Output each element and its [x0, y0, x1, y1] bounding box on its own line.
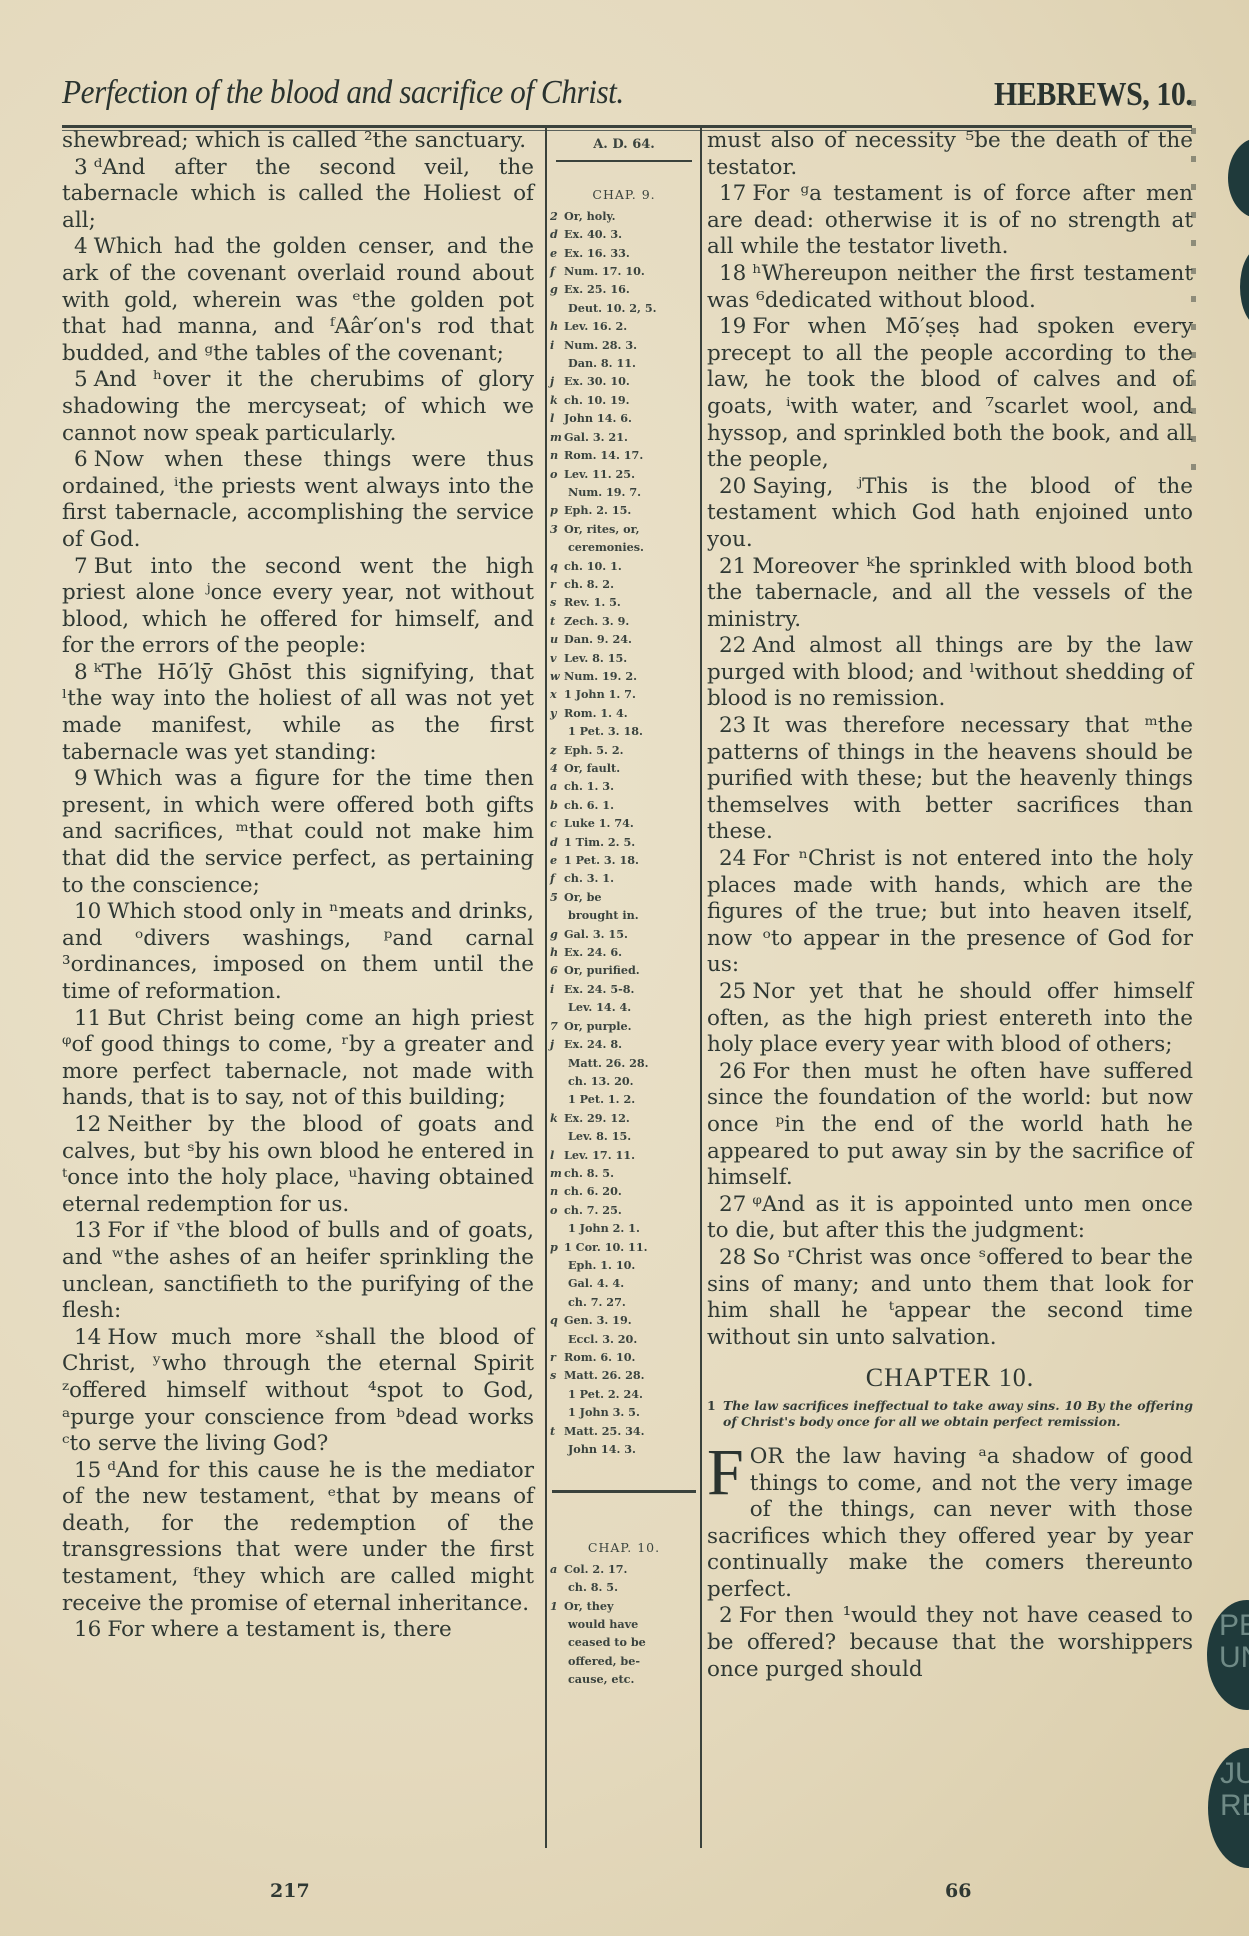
reference-text: Or, holy. — [564, 207, 698, 225]
reference-key: p — [550, 1238, 564, 1312]
cross-reference: iNum. 28. 3.Dan. 8. 11. — [550, 336, 698, 373]
date-rule — [556, 160, 692, 162]
verse-text: must also of necessity ⁵be the death of … — [707, 128, 1193, 180]
chapter-summary-number: 1 — [707, 1398, 723, 1414]
cross-reference: kch. 10. 19. — [550, 391, 698, 409]
verse: 18ʰWhereupon neither the first testament… — [707, 261, 1193, 314]
cross-reference: lLev. 17. 11. — [550, 1146, 698, 1164]
cross-reference: yRom. 1. 4.1 Pet. 3. 18. — [550, 704, 698, 741]
verse: 12Neither by the blood of goats and calv… — [62, 1112, 534, 1218]
reference-text: 1 Pet. 3. 18. — [564, 851, 698, 869]
reference-text: Lev. 17. 11. — [564, 1146, 698, 1164]
verse: 10Which stood only in ⁿmeats and drinks,… — [62, 899, 534, 1005]
reference-text: John 14. 6. — [564, 409, 698, 427]
verse: 17For ᵍa testament is of force after men… — [707, 181, 1193, 261]
reference-text: Ex. 16. 33. — [564, 244, 698, 262]
reference-text: Num. 28. 3.Dan. 8. 11. — [564, 336, 698, 373]
verse: 23It was therefore necessary that ᵐthe p… — [707, 713, 1193, 846]
verse-number: 22 — [719, 633, 746, 658]
reference-key: t — [550, 1422, 564, 1459]
running-head: Perfection of the blood and sacrifice of… — [62, 72, 1192, 118]
verse-text: So ʳChrist was once ˢoffered to bear the… — [707, 1245, 1193, 1350]
reference-text: Rev. 1. 5. — [564, 593, 698, 611]
cross-reference: gGal. 3. 15. — [550, 925, 698, 943]
reference-key: 3 — [550, 520, 564, 557]
cross-reference: gEx. 25. 16.Deut. 10. 2, 5. — [550, 280, 698, 317]
cross-reference: 2Or, holy. — [550, 207, 698, 225]
reference-text: Rom. 6. 10. — [564, 1348, 698, 1366]
verse-text: Which stood only in ⁿmeats and drinks, a… — [62, 899, 534, 1004]
verse-text: OR the law having ᵃa shadow of good thin… — [707, 1444, 1193, 1602]
reference-key: 4 — [550, 759, 564, 777]
center-reference-column: A. D. 64. CHAP. 9. 2Or, holy.dEx. 40. 3.… — [550, 136, 698, 1689]
cross-reference: jEx. 24. 8.Matt. 26. 28.ch. 13. 20.1 Pet… — [550, 1035, 698, 1109]
reference-text: Ex. 25. 16.Deut. 10. 2, 5. — [564, 280, 698, 317]
chapter-10-verses: FOR the law having ᵃa shadow of good thi… — [707, 1444, 1193, 1683]
reference-key: 7 — [550, 1017, 564, 1035]
cross-reference: bch. 6. 1. — [550, 796, 698, 814]
date-label: A. D. 64. — [550, 136, 698, 154]
verse-number: 25 — [719, 979, 746, 1004]
verse-number: 13 — [74, 1218, 101, 1243]
thumb-index-tab[interactable] — [1240, 248, 1249, 326]
verse: 16For where a testament is, there — [62, 1617, 534, 1644]
verse-text: Which had the golden censer, and the ark… — [62, 234, 534, 365]
thumb-tab-label: JU RE — [1208, 1748, 1249, 1822]
cross-reference: ach. 1. 3. — [550, 777, 698, 795]
reference-text: Num. 17. 10. — [564, 262, 698, 280]
reference-key: i — [550, 336, 564, 373]
reference-key: b — [550, 796, 564, 814]
reference-key: m — [550, 1164, 564, 1182]
cross-reference: oLev. 11. 25.Num. 19. 7. — [550, 465, 698, 502]
verse: 20Saying, ʲThis is the blood of the test… — [707, 474, 1193, 554]
verse-text: For ⁿChrist is not entered into the holy… — [707, 846, 1193, 977]
cross-reference: och. 7. 25.1 John 2. 1. — [550, 1201, 698, 1238]
verse-text: For then must he often have suffered sin… — [707, 1059, 1193, 1190]
verse-number: 15 — [74, 1458, 101, 1483]
reference-text: Or, fault. — [564, 759, 698, 777]
reference-key: k — [550, 391, 564, 409]
cross-reference: nch. 6. 20. — [550, 1182, 698, 1200]
reference-key: d — [550, 833, 564, 851]
verse-text: For when Mō′ṣeṣ had spoken every precept… — [707, 314, 1193, 472]
cross-reference: zEph. 5. 2. — [550, 741, 698, 759]
reference-text: Gen. 3. 19.Eccl. 3. 20. — [564, 1311, 698, 1348]
verse: 7But into the second went the high pries… — [62, 554, 534, 660]
reference-text: Lev. 8. 15. — [564, 649, 698, 667]
thumb-index-tab[interactable]: PE UN — [1207, 1600, 1249, 1710]
reference-text: ch. 10. 1. — [564, 557, 698, 575]
verse-number: 23 — [719, 713, 746, 738]
reference-key: q — [550, 1311, 564, 1348]
verse-text: Saying, ʲThis is the blood of the testam… — [707, 474, 1193, 552]
reference-text: Ex. 24. 5-8.Lev. 14. 4. — [564, 980, 698, 1017]
verse: 19For when Mō′ṣeṣ had spoken every prece… — [707, 314, 1193, 474]
reference-key: k — [550, 1109, 564, 1146]
reference-text: Rom. 1. 4.1 Pet. 3. 18. — [564, 704, 698, 741]
running-head-book-chapter: HEBREWS, 10. — [994, 76, 1192, 114]
verse-number: 16 — [74, 1617, 101, 1642]
page-number-left: 217 — [270, 1880, 310, 1902]
thumb-tab-label: PE UN — [1207, 1600, 1249, 1674]
reference-text: Matt. 25. 34.John 14. 3. — [564, 1422, 698, 1459]
reference-text: Matt. 26. 28.1 Pet. 2. 24.1 John 3. 5. — [564, 1366, 698, 1421]
reference-key: d — [550, 225, 564, 243]
reference-text: ch. 10. 19. — [564, 391, 698, 409]
verse-text: And almost all things are by the law pur… — [707, 633, 1193, 711]
verse-number: 4 — [74, 234, 88, 259]
chapter-summary: 1The law sacrifices ineffectual to take … — [707, 1398, 1193, 1430]
verse-number: 17 — [719, 181, 746, 206]
reference-text: Eph. 2. 15. — [564, 501, 698, 519]
reference-text: Ex. 29. 12.Lev. 8. 15. — [564, 1109, 698, 1146]
chapter-summary-text: The law sacrifices ineffectual to take a… — [723, 1398, 1193, 1429]
right-text-column: must also of necessity ⁵be the death of … — [707, 128, 1193, 1683]
reference-text: Ex. 24. 8.Matt. 26. 28.ch. 13. 20.1 Pet.… — [564, 1035, 698, 1109]
reference-text: 1 John 1. 7. — [564, 685, 698, 703]
verse-number: 19 — [719, 314, 746, 339]
reference-text: Or, purple. — [564, 1017, 698, 1035]
cross-reference: rch. 8. 2. — [550, 575, 698, 593]
cross-reference: 6Or, purified. — [550, 961, 698, 979]
verse-text: Moreover ᵏhe sprinkled with blood both t… — [707, 554, 1193, 632]
reference-key: c — [550, 814, 564, 832]
reference-key: f — [550, 869, 564, 887]
cross-reference: fch. 3. 1. — [550, 869, 698, 887]
verse-number: 2 — [719, 1603, 733, 1628]
reference-key: 6 — [550, 961, 564, 979]
verse-text: But Christ being come an high priest ᵠof… — [62, 1006, 534, 1111]
cross-reference: 4Or, fault. — [550, 759, 698, 777]
reference-key: 5 — [550, 888, 564, 925]
cross-reference: rRom. 6. 10. — [550, 1348, 698, 1366]
chapter-heading: CHAPTER 10. — [707, 1365, 1193, 1392]
cross-reference: eEx. 16. 33. — [550, 244, 698, 262]
reference-text: Zech. 3. 9. — [564, 612, 698, 630]
reference-text: 1 Cor. 10. 11.Eph. 1. 10.Gal. 4. 4.ch. 7… — [564, 1238, 698, 1312]
verse: 28So ʳChrist was once ˢoffered to bear t… — [707, 1245, 1193, 1351]
reference-key: y — [550, 704, 564, 741]
reference-key: h — [550, 943, 564, 961]
reference-key: 1 — [550, 1597, 564, 1689]
cross-reference: dEx. 40. 3. — [550, 225, 698, 243]
cross-reference: hLev. 16. 2. — [550, 317, 698, 335]
cross-reference: nRom. 14. 17. — [550, 446, 698, 464]
reference-text: Lev. 16. 2. — [564, 317, 698, 335]
cross-reference: mch. 8. 5. — [550, 1164, 698, 1182]
reference-text: Lev. 11. 25.Num. 19. 7. — [564, 465, 698, 502]
reference-text: Eph. 5. 2. — [564, 741, 698, 759]
verse: FOR the law having ᵃa shadow of good thi… — [707, 1444, 1193, 1604]
reference-key: x — [550, 685, 564, 703]
cross-reference: tMatt. 25. 34.John 14. 3. — [550, 1422, 698, 1459]
verse-number: 26 — [719, 1059, 746, 1084]
cross-reference: lJohn 14. 6. — [550, 409, 698, 427]
left-text-column: shewbread; which is called ²the sanctuar… — [62, 128, 534, 1644]
verse-number: 18 — [719, 261, 746, 286]
reference-key: m — [550, 428, 564, 446]
reference-key: g — [550, 280, 564, 317]
cross-reference: x1 John 1. 7. — [550, 685, 698, 703]
verse-text: And ʰover it the cherubims of glory shad… — [62, 367, 534, 445]
reference-key: r — [550, 575, 564, 593]
running-head-title: Perfection of the blood and sacrifice of… — [62, 74, 624, 112]
cross-reference: 5Or, bebrought in. — [550, 888, 698, 925]
reference-text: Rom. 14. 17. — [564, 446, 698, 464]
reference-key: w — [550, 667, 564, 685]
verse-text: ʰWhereupon neither the first testament w… — [707, 261, 1193, 313]
verse-number: 27 — [719, 1192, 746, 1217]
reference-key: l — [550, 409, 564, 427]
verse: 3ᵈAnd after the second veil, the taberna… — [62, 155, 534, 235]
reference-key: j — [550, 1035, 564, 1109]
verse: 2For then ¹would they not have ceased to… — [707, 1603, 1193, 1683]
verse: 26For then must he often have suffered s… — [707, 1059, 1193, 1192]
cross-reference: tZech. 3. 9. — [550, 612, 698, 630]
cross-reference: sMatt. 26. 28.1 Pet. 2. 24.1 John 3. 5. — [550, 1366, 698, 1421]
reference-text: 1 Tim. 2. 5. — [564, 833, 698, 851]
cross-reference: kEx. 29. 12.Lev. 8. 15. — [550, 1109, 698, 1146]
book-page: Perfection of the blood and sacrifice of… — [0, 0, 1249, 1936]
chapter-10-label: CHAP. 10. — [550, 1539, 698, 1557]
reference-text: Or, rites, or,ceremonies. — [564, 520, 698, 557]
reference-key: o — [550, 465, 564, 502]
verse-text: For where a testament is, there — [107, 1617, 451, 1642]
verse: 24For ⁿChrist is not entered into the ho… — [707, 846, 1193, 979]
cross-reference: vLev. 8. 15. — [550, 649, 698, 667]
cross-reference: e1 Pet. 3. 18. — [550, 851, 698, 869]
verse-number: 7 — [74, 554, 88, 579]
cross-reference: qch. 10. 1. — [550, 557, 698, 575]
verse-number: 11 — [74, 1006, 101, 1031]
cross-reference: cLuke 1. 74. — [550, 814, 698, 832]
cross-reference: 1Or, theywould haveceased to beoffered, … — [550, 1597, 698, 1689]
verse: 14How much more ˣshall the blood of Chri… — [62, 1325, 534, 1458]
cross-reference: jEx. 30. 10. — [550, 372, 698, 390]
verse-text: Now when these things were thus ordained… — [62, 447, 534, 552]
thumb-index-tab[interactable] — [1228, 138, 1249, 218]
reference-key: r — [550, 1348, 564, 1366]
verse-text: For then ¹would they not have ceased to … — [707, 1603, 1193, 1681]
verse-number: 20 — [719, 474, 746, 499]
reference-key: j — [550, 372, 564, 390]
cross-reference: fNum. 17. 10. — [550, 262, 698, 280]
reference-text: Gal. 3. 21. — [564, 428, 698, 446]
verse-text: How much more ˣshall the blood of Christ… — [62, 1325, 534, 1456]
reference-key: a — [550, 777, 564, 795]
reference-key: u — [550, 630, 564, 648]
verse-number: 24 — [719, 846, 746, 871]
column-divider-left — [545, 128, 547, 1848]
drop-cap: F — [707, 1446, 744, 1500]
cross-reference: d1 Tim. 2. 5. — [550, 833, 698, 851]
verse-number: 9 — [74, 766, 88, 791]
verse-text: Neither by the blood of goats and calves… — [62, 1112, 534, 1217]
reference-text: Num. 19. 2. — [564, 667, 698, 685]
reference-key: e — [550, 244, 564, 262]
cross-reference: sRev. 1. 5. — [550, 593, 698, 611]
cross-reference: mGal. 3. 21. — [550, 428, 698, 446]
reference-text: Or, purified. — [564, 961, 698, 979]
verse: 8ᵏThe Hō′lȳ Ghōst this signifying, that … — [62, 660, 534, 766]
reference-key: a — [550, 1560, 564, 1597]
verse: 5And ʰover it the cherubims of glory sha… — [62, 367, 534, 447]
reference-text: Dan. 9. 24. — [564, 630, 698, 648]
verse: 27ᵠAnd as it is appointed unto men once … — [707, 1192, 1193, 1245]
verse-text: For if ᵛthe blood of bulls and of goats,… — [62, 1218, 534, 1323]
verse-text: ᵏThe Hō′lȳ Ghōst this signifying, that ˡ… — [62, 660, 534, 765]
reference-text: Ex. 40. 3. — [564, 225, 698, 243]
verse: 4Which had the golden censer, and the ar… — [62, 234, 534, 367]
cross-reference: 3Or, rites, or,ceremonies. — [550, 520, 698, 557]
reference-text: Or, bebrought in. — [564, 888, 698, 925]
chapter-9-verses-continued: must also of necessity ⁵be the death of … — [707, 128, 1193, 1351]
verse-number: 6 — [74, 447, 88, 472]
reference-key: f — [550, 262, 564, 280]
verse-text: It was therefore necessary that ᵐthe pat… — [707, 713, 1193, 844]
cross-reference: uDan. 9. 24. — [550, 630, 698, 648]
reference-text: ch. 6. 1. — [564, 796, 698, 814]
reference-text: Luke 1. 74. — [564, 814, 698, 832]
page-number-right: 66 — [945, 1880, 971, 1902]
reference-text: Or, theywould haveceased to beoffered, b… — [564, 1597, 698, 1689]
reference-key: n — [550, 1182, 564, 1200]
verse-text: shewbread; which is called ²the sanctuar… — [62, 128, 526, 153]
reference-text: ch. 6. 20. — [564, 1182, 698, 1200]
verse: 13For if ᵛthe blood of bulls and of goat… — [62, 1218, 534, 1324]
reference-key: n — [550, 446, 564, 464]
reference-key: i — [550, 980, 564, 1017]
verse-number: 12 — [74, 1112, 101, 1137]
verse-number: 5 — [74, 367, 88, 392]
verse-text: Nor yet that he should offer himself oft… — [707, 979, 1193, 1057]
verse: 11But Christ being come an high priest ᵠ… — [62, 1006, 534, 1112]
reference-text: ch. 1. 3. — [564, 777, 698, 795]
reference-key: v — [550, 649, 564, 667]
verse: 6Now when these things were thus ordaine… — [62, 447, 534, 553]
reference-key: h — [550, 317, 564, 335]
thumb-index-tab[interactable]: JU RE — [1208, 1748, 1249, 1868]
reference-key: 2 — [550, 207, 564, 225]
verse-text: Which was a figure for the time then pre… — [62, 766, 534, 897]
reference-key: e — [550, 851, 564, 869]
verse: 9Which was a figure for the time then pr… — [62, 766, 534, 899]
chapter-10-references: aCol. 2. 17.ch. 8. 5.1Or, theywould have… — [550, 1560, 698, 1689]
verse: must also of necessity ⁵be the death of … — [707, 128, 1193, 181]
cross-reference: aCol. 2. 17.ch. 8. 5. — [550, 1560, 698, 1597]
reference-text: ch. 8. 5. — [564, 1164, 698, 1182]
reference-text: Ex. 30. 10. — [564, 372, 698, 390]
verse: 15ᵈAnd for this cause he is the mediator… — [62, 1458, 534, 1618]
verse-text: ᵈAnd after the second veil, the tabernac… — [62, 155, 534, 233]
verse: 25Nor yet that he should offer himself o… — [707, 979, 1193, 1059]
reference-text: ch. 8. 2. — [564, 575, 698, 593]
reference-key: s — [550, 1366, 564, 1421]
verse: 22And almost all things are by the law p… — [707, 633, 1193, 713]
verse-number: 10 — [74, 899, 101, 924]
chapter-9-references: 2Or, holy.dEx. 40. 3.eEx. 16. 33.fNum. 1… — [550, 207, 698, 1459]
verse-text: But into the second went the high priest… — [62, 554, 534, 659]
cross-reference: wNum. 19. 2. — [550, 667, 698, 685]
reference-separator — [552, 1490, 696, 1493]
reference-text: Ex. 24. 6. — [564, 943, 698, 961]
verse-text: ᵠAnd as it is appointed unto men once to… — [707, 1192, 1193, 1244]
cross-reference: pEph. 2. 15. — [550, 501, 698, 519]
reference-key: t — [550, 612, 564, 630]
cross-reference: iEx. 24. 5-8.Lev. 14. 4. — [550, 980, 698, 1017]
reference-key: g — [550, 925, 564, 943]
verse-number: 21 — [719, 554, 746, 579]
verse-number: 8 — [74, 660, 88, 685]
reference-key: q — [550, 557, 564, 575]
verse: 21Moreover ᵏhe sprinkled with blood both… — [707, 554, 1193, 634]
chapter-9-label: CHAP. 9. — [550, 186, 698, 204]
cross-reference: hEx. 24. 6. — [550, 943, 698, 961]
verse-number: 14 — [74, 1325, 101, 1350]
reference-text: ch. 7. 25.1 John 2. 1. — [564, 1201, 698, 1238]
cross-reference: qGen. 3. 19.Eccl. 3. 20. — [550, 1311, 698, 1348]
verse: shewbread; which is called ²the sanctuar… — [62, 128, 534, 155]
verse-text: ᵈAnd for this cause he is the mediator o… — [62, 1458, 534, 1616]
column-divider-right — [700, 128, 702, 1848]
reference-key: p — [550, 501, 564, 519]
reference-text: ch. 3. 1. — [564, 869, 698, 887]
cross-reference: p1 Cor. 10. 11.Eph. 1. 10.Gal. 4. 4.ch. … — [550, 1238, 698, 1312]
verse-number: 28 — [719, 1245, 746, 1270]
reference-text: Gal. 3. 15. — [564, 925, 698, 943]
reference-key: o — [550, 1201, 564, 1238]
reference-key: s — [550, 593, 564, 611]
reference-key: z — [550, 741, 564, 759]
verse-number: 3 — [74, 155, 88, 180]
reference-key: l — [550, 1146, 564, 1164]
cross-reference: 7Or, purple. — [550, 1017, 698, 1035]
verse-text: For ᵍa testament is of force after men a… — [707, 181, 1193, 259]
reference-text: Col. 2. 17.ch. 8. 5. — [564, 1560, 698, 1597]
